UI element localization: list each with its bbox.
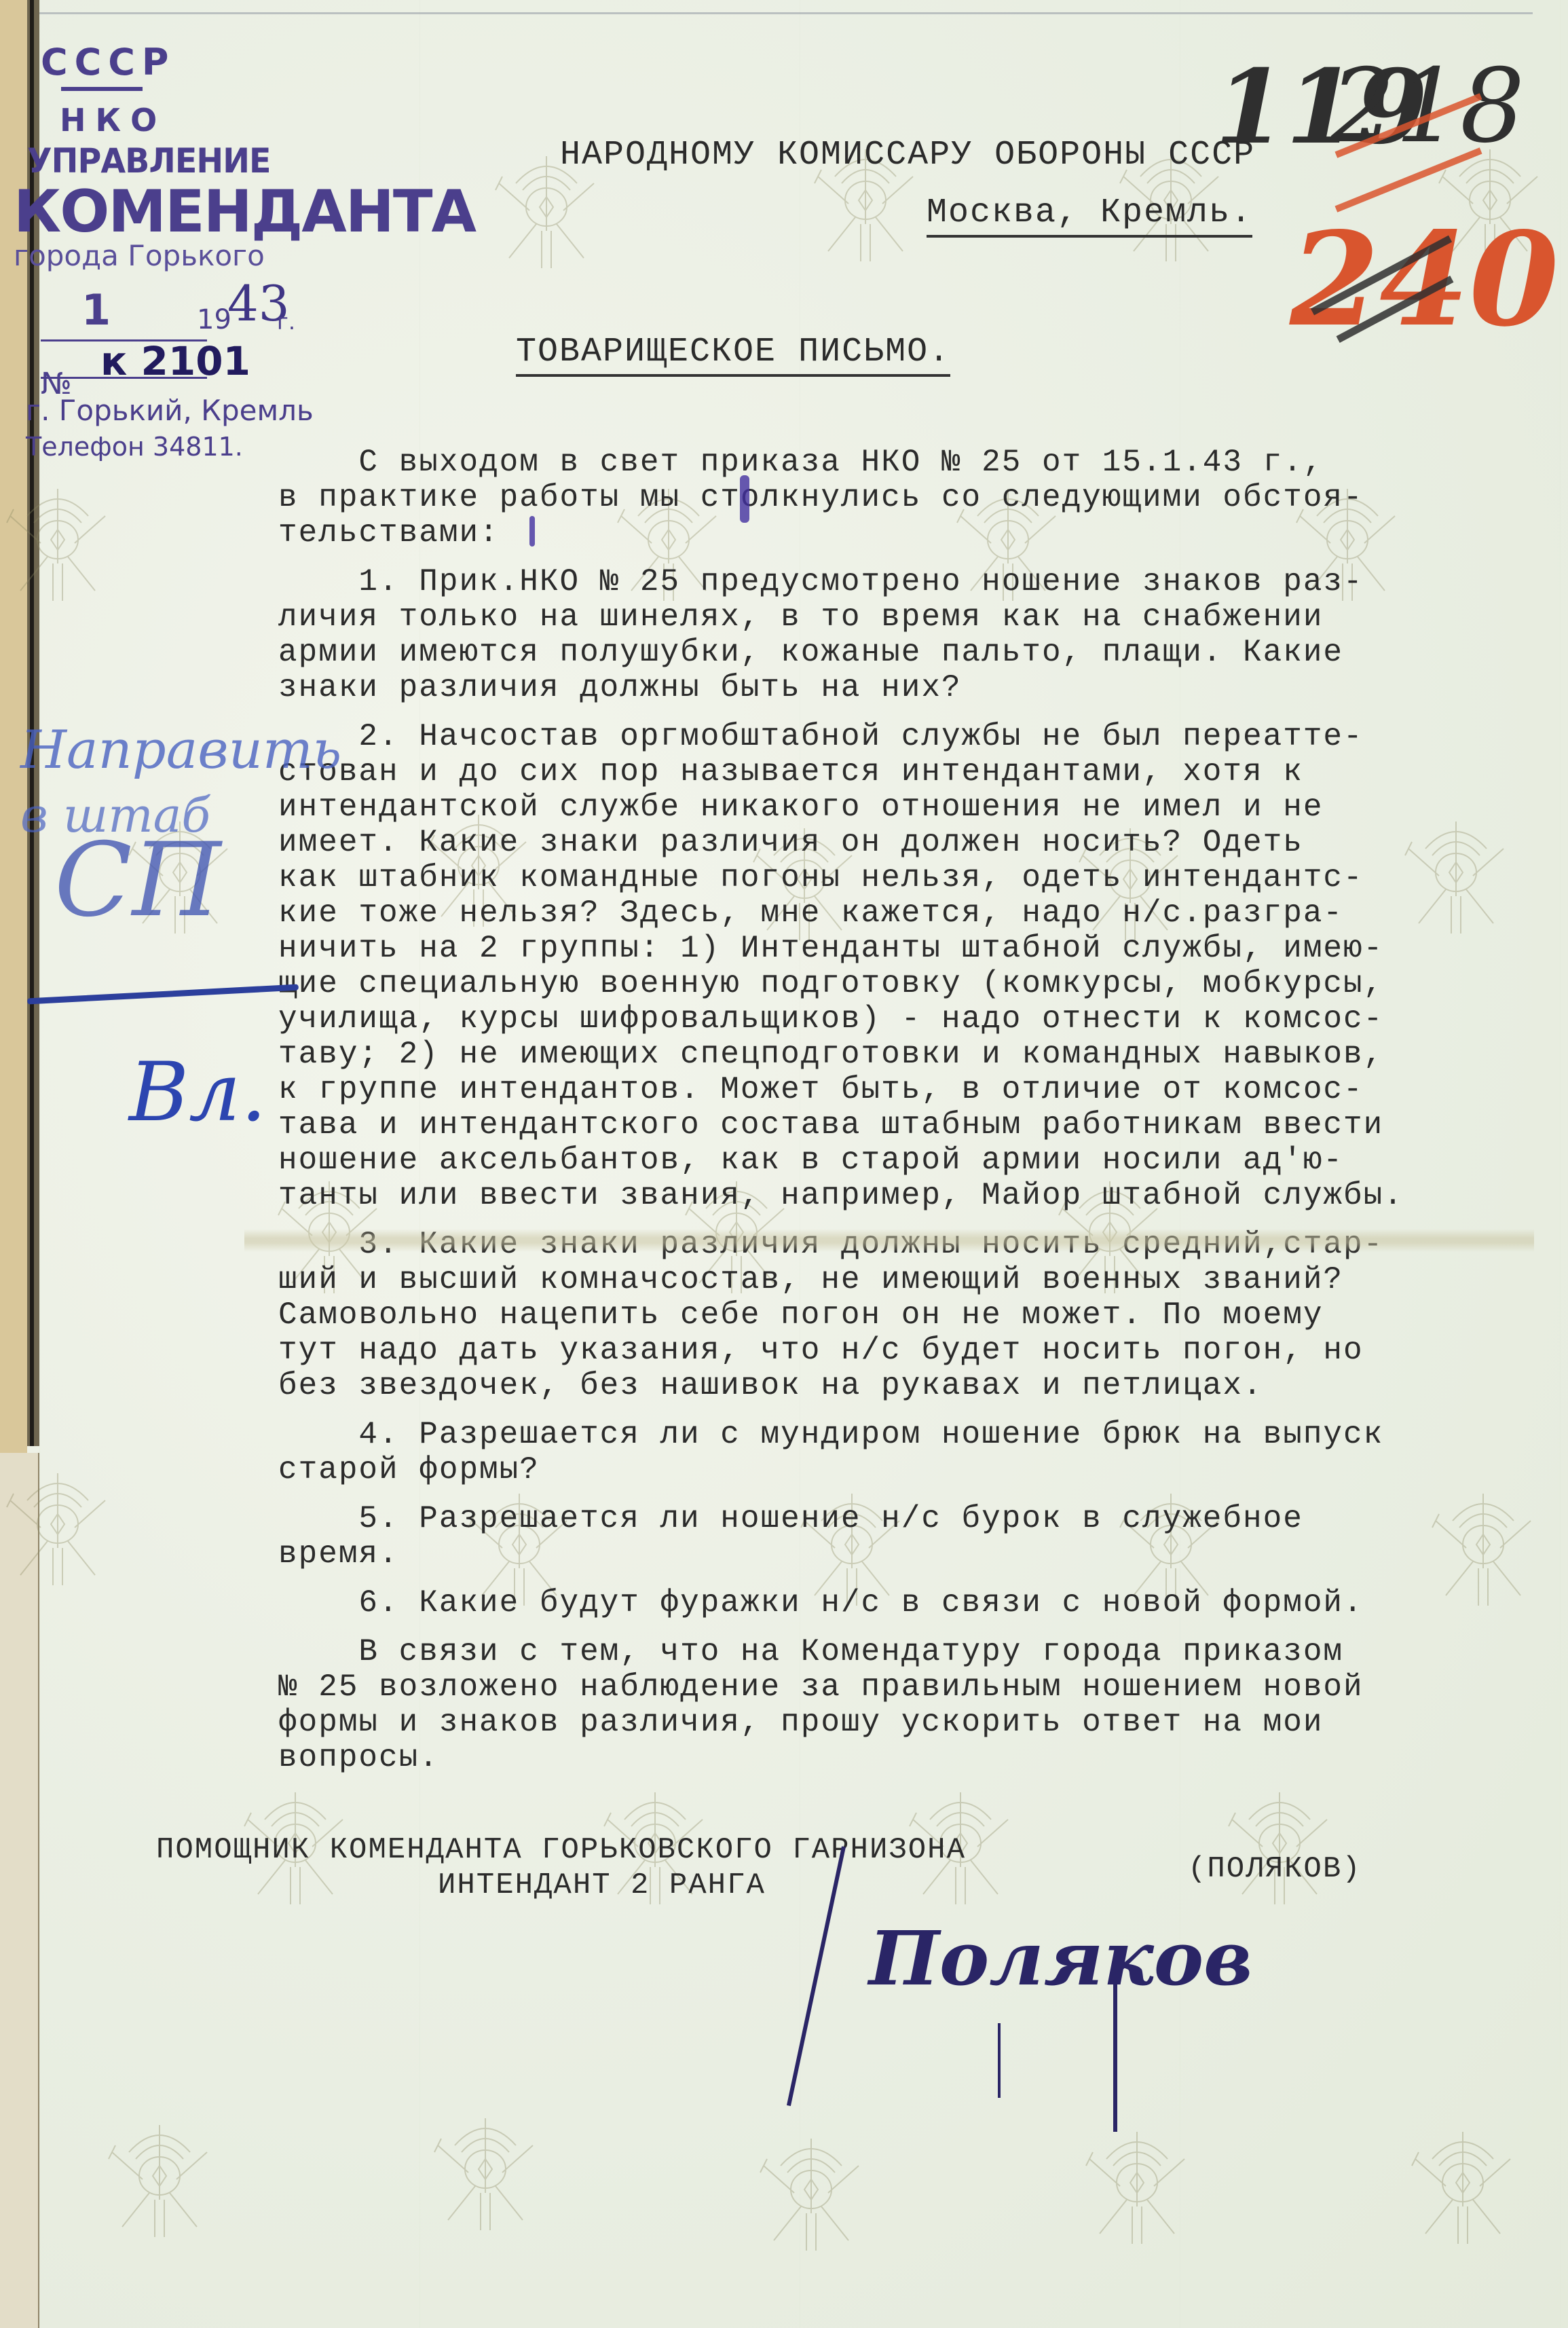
body-line: тава и интендантского состава штабным ра…	[278, 1107, 1554, 1143]
body-line: 1. Прик.НКО № 25 предусмотрено ношение з…	[278, 564, 1554, 599]
stamp-country: СССР	[41, 41, 175, 84]
paragraph-4: 4. Разрешается ли с мундиром ношение брю…	[278, 1417, 1554, 1488]
stamp-department: УПРАВЛЕНИЕ	[27, 141, 271, 181]
signer-rank: ИНТЕНДАНТ 2 РАНГА	[438, 1868, 766, 1902]
body-line: как штабник командные погоны нельзя, оде…	[278, 860, 1554, 895]
paragraph-intro: С выходом в свет приказа НКО № 25 от 15.…	[278, 445, 1554, 551]
body-line: формы и знаков различия, прошу ускорить …	[278, 1705, 1554, 1740]
paragraph-6: 6. Какие будут фуражки н/с в связи с нов…	[278, 1585, 1554, 1621]
body-line: ношение аксельбантов, как в старой армии…	[278, 1143, 1554, 1178]
signature-stroke-right	[1113, 1955, 1117, 2132]
body-line: 2. Начсостав оргмобштабной службы не был…	[278, 719, 1554, 754]
body-line: 6. Какие будут фуражки н/с в связи с нов…	[278, 1585, 1554, 1621]
stamp-commandant: КОМЕНДАНТА	[14, 178, 475, 246]
stamp-phone: Телефон 34811.	[26, 432, 243, 462]
stamp-rule	[61, 87, 143, 91]
stamp-year-prefix: 19	[197, 304, 231, 335]
margin-note-initials: СП	[54, 821, 221, 940]
letter-body: С выходом в свет приказа НКО № 25 от 15.…	[278, 445, 1554, 1775]
stamp-city: города Горького	[14, 239, 265, 272]
body-line: в практике работы мы столкнулись со след…	[278, 480, 1554, 515]
body-line: С выходом в свет приказа НКО № 25 от 15.…	[278, 445, 1554, 480]
paragraph-3: 3. Какие знаки различия должны носить ср…	[278, 1227, 1554, 1403]
registration-number-red: 240	[1290, 204, 1559, 355]
margin-note-line-1: Направить	[20, 720, 341, 781]
body-line: ничить на 2 группы: 1) Интенданты штабно…	[278, 931, 1554, 966]
body-line: училища, курсы шифровальщиков) - надо от…	[278, 1001, 1554, 1037]
body-line: кие тоже нельзя? Здесь, мне кажется, над…	[278, 895, 1554, 931]
body-line: таву; 2) не имеющих спецподготовки и ком…	[278, 1037, 1554, 1072]
body-line: танты или ввести звания, например, Майор…	[278, 1178, 1554, 1213]
body-line: личия только на шинелях, в то время как …	[278, 599, 1554, 635]
body-line: старой формы?	[278, 1452, 1554, 1488]
signature-tick	[998, 2023, 1001, 2098]
body-line: имеет. Какие знаки различия он должен но…	[278, 825, 1554, 860]
stamp-day: 1	[81, 285, 111, 335]
page-top-edge	[39, 12, 1533, 14]
body-line: время.	[278, 1536, 1554, 1572]
paragraph-1: 1. Прик.НКО № 25 предусмотрено ношение з…	[278, 564, 1554, 705]
body-line: № 25 возложено наблюдение за правильным …	[278, 1669, 1554, 1705]
body-line: к группе интендантов. Может быть, в отли…	[278, 1072, 1554, 1107]
body-line: 5. Разрешается ли ношение н/с бурок в сл…	[278, 1501, 1554, 1536]
fold-crease	[244, 1229, 1534, 1252]
stamp-number-rule	[41, 377, 207, 379]
body-line: знаки различия должны быть на них?	[278, 670, 1554, 705]
body-line: вопросы.	[278, 1740, 1554, 1775]
ink-mark	[529, 516, 535, 547]
stamp-agency: НКО	[60, 102, 166, 138]
body-line: ший и высший комначсостав, не имеющий во…	[278, 1262, 1554, 1297]
ink-mark	[740, 475, 749, 523]
addressee-line-1: НАРОДНОМУ КОМИССАРУ ОБОРОНЫ СССР	[560, 136, 1255, 174]
body-line: интендантской службе никакого отношения …	[278, 790, 1554, 825]
body-line: армии имеются полушубки, кожаные пальто,…	[278, 635, 1554, 670]
stamp-year-suffix: г.	[277, 309, 295, 335]
stamp-address: г. Горький, Кремль	[26, 394, 314, 427]
body-line: В связи с тем, что на Комендатуру города…	[278, 1634, 1554, 1669]
signer-name: (ПОЛЯКОВ)	[1188, 1852, 1362, 1886]
margin-note-2: Вл.	[129, 1046, 267, 1140]
body-line: стован и до сих пор называется интендант…	[278, 754, 1554, 790]
paragraph-2: 2. Начсостав оргмобштабной службы не был…	[278, 719, 1554, 1213]
body-line: щие специальную военную подготовку (комк…	[278, 966, 1554, 1001]
handwritten-signature: Поляков	[869, 1915, 1252, 2002]
paragraph-closing: В связи с тем, что на Комендатуру города…	[278, 1634, 1554, 1775]
body-line: тут надо дать указания, что н/с будет но…	[278, 1333, 1554, 1368]
body-line: 4. Разрешается ли с мундиром ношение брю…	[278, 1417, 1554, 1452]
paragraph-5: 5. Разрешается ли ношение н/с бурок в сл…	[278, 1501, 1554, 1572]
document-title: ТОВАРИЩЕСКОЕ ПИСЬМО.	[516, 333, 950, 377]
addressee-line-2: Москва, Кремль.	[927, 193, 1252, 238]
body-line: тельствами:	[278, 515, 1554, 551]
body-line: Самовольно нацепить себе погон он не мож…	[278, 1297, 1554, 1333]
body-line: без звездочек, без нашивок на рукавах и …	[278, 1368, 1554, 1403]
